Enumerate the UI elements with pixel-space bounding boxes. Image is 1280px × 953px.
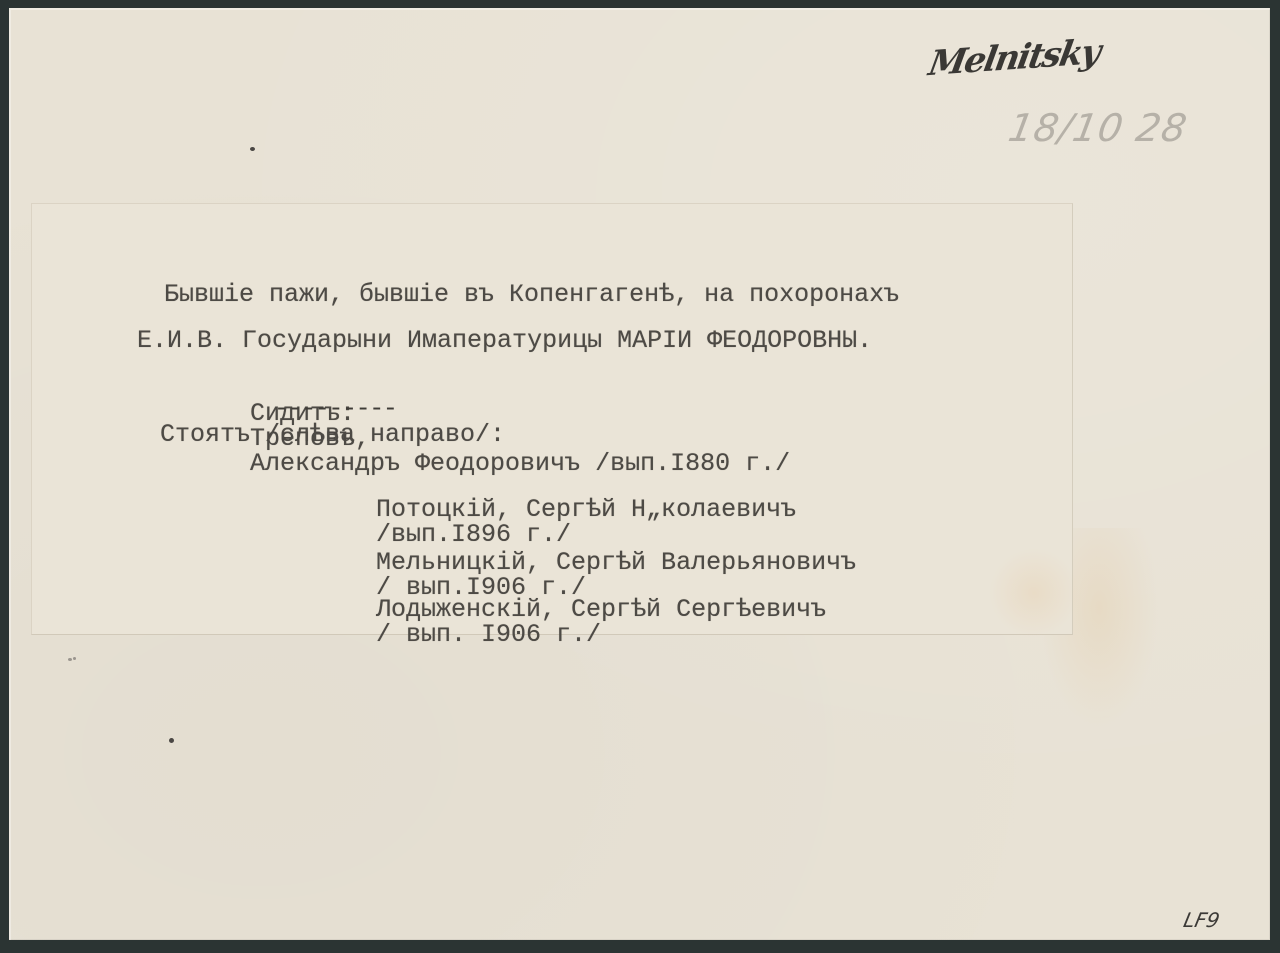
caption-line-2: Е.И.В. Государыни Имапературицы МАРІИ ФЕ… <box>137 328 872 353</box>
ink-speck <box>68 658 72 661</box>
ink-speck <box>250 147 255 151</box>
ink-speck <box>169 738 174 743</box>
foxing-stain <box>989 548 1079 638</box>
catalog-code: LF9 <box>1181 908 1221 932</box>
seated-name-underline: --------- <box>274 399 396 419</box>
caption-line-1: Бывшіе пажи, бывшіе въ Копенгагенѣ, на п… <box>164 282 899 307</box>
ink-speck <box>73 657 76 660</box>
person-graduation: / вып. I906 г./ <box>376 620 601 649</box>
handwritten-signature: Melnitsky <box>926 32 1103 84</box>
handwritten-date: 18/10 28 <box>1005 106 1191 150</box>
scan-frame: Melnitsky 18/10 28 Бывшіе пажи, бывшіе в… <box>0 0 1280 953</box>
standing-label: Стоятъ /слѣва направо/: <box>160 422 505 447</box>
photo-card-back: Melnitsky 18/10 28 Бывшіе пажи, бывшіе в… <box>9 8 1270 940</box>
standing-person-row: Лодыженскій, Сергѣй Сергѣевичъ / вып. I9… <box>286 572 826 672</box>
